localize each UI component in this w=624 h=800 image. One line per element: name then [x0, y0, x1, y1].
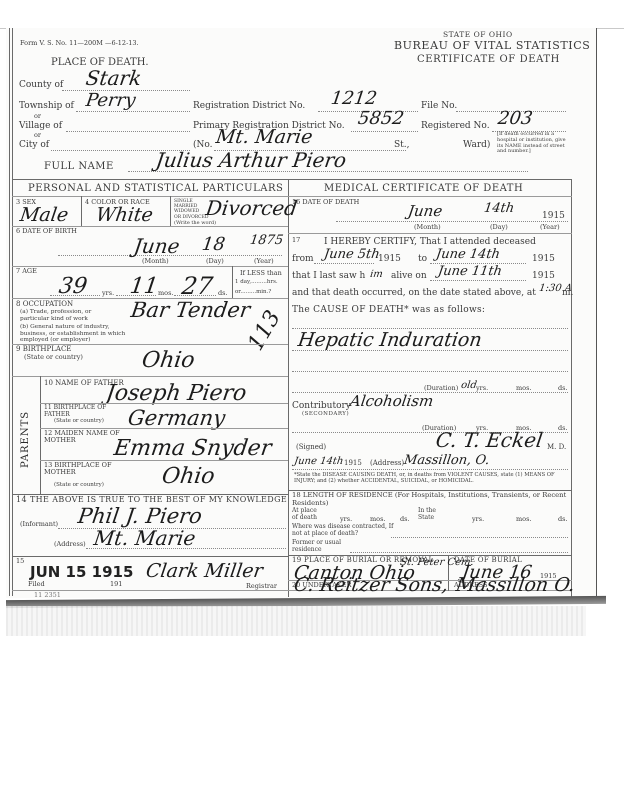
registrar-value: Clark Miller — [145, 562, 264, 581]
informant-heading: 14 THE ABOVE IS TRUE TO THE BEST OF MY K… — [16, 496, 287, 504]
sex-divider — [81, 196, 82, 226]
residence-yrs-2: yrs. — [472, 516, 484, 523]
last-saw-prefix: that I last saw h — [292, 272, 365, 281]
township-label: Township of — [19, 102, 74, 111]
township-line — [76, 111, 190, 112]
less-day-label: 1 day,.........hrs. — [235, 280, 278, 286]
dob-year: 1875 — [249, 234, 284, 247]
filed-top-rule — [12, 556, 288, 557]
village-label: Village of — [19, 122, 62, 131]
sex-value: Male — [19, 206, 70, 225]
informant-address-value: Mt. Marie — [93, 528, 197, 548]
age-days: 27 — [180, 274, 214, 298]
full-name-value: Julius Arthur Piero — [155, 150, 348, 170]
footer-code: 11 2351 — [34, 592, 61, 599]
dob-day-caption: (Day) — [206, 258, 224, 265]
certify-top-rule — [288, 233, 572, 234]
registration-district-label: Registration District No. — [193, 102, 305, 111]
father-birthplace-hint: (State or country) — [54, 419, 104, 425]
primary-registration-value: 5852 — [357, 110, 405, 128]
year-2: 1915 — [532, 255, 555, 264]
filed-number: 15 — [16, 558, 24, 565]
from-label: from — [292, 255, 314, 264]
mother-name-value: Emma Snyder — [112, 438, 272, 460]
street-label: St., — [394, 141, 410, 150]
birthplace-value: Ohio — [140, 350, 196, 372]
mother-birthplace-value: Ohio — [160, 466, 216, 488]
signed-year: 1915 — [344, 460, 362, 467]
filed-year-prefix: 191 — [110, 581, 122, 588]
year-1: 1915 — [378, 255, 401, 264]
age-months: 11 — [128, 276, 159, 298]
undertaker-address-value: Massillon O. — [455, 576, 576, 595]
or-label-2: or — [34, 132, 41, 139]
village-line — [66, 131, 190, 132]
birthplace-hint: (State or country) — [24, 354, 83, 361]
signed-date: June 14th — [293, 457, 344, 467]
parents-divider — [40, 376, 41, 494]
less-than-label: If LESS than — [240, 270, 282, 277]
yrs-label: yrs. — [102, 290, 114, 297]
age-label: 7 AGE — [16, 268, 37, 275]
certify-text: I HEREBY CERTIFY, That I attended deceas… — [324, 238, 536, 247]
from-line — [314, 263, 374, 264]
informant-address-label: (Address) — [54, 541, 86, 548]
father-name-value: Joseph Piero — [104, 383, 247, 405]
left-border — [9, 28, 10, 596]
parents-top-rule — [12, 376, 288, 377]
secondary-label: (SECONDARY) — [302, 412, 349, 418]
less-or-label: or.........min.? — [235, 290, 271, 296]
bureau-title: BUREAU OF VITAL STATISTICS — [394, 40, 590, 51]
occupation-code: 113 — [245, 307, 285, 354]
contributory-value: Alcoholism — [349, 394, 434, 409]
death-year-caption: (Year) — [540, 224, 560, 231]
scan-noise — [6, 606, 586, 636]
less-than-divider — [232, 266, 233, 298]
alive-value: June 11th — [437, 265, 503, 278]
mother-birthplace-label: 13 BIRTHPLACE OF MOTHER — [44, 462, 124, 477]
right-border — [571, 179, 572, 597]
county-label: County of — [19, 81, 63, 90]
main-top-line — [12, 179, 572, 180]
medical-heading: MEDICAL CERTIFICATE OF DEATH — [324, 184, 523, 194]
hospital-note: [If death occurred in a hospital or inst… — [497, 132, 567, 155]
dob-month-caption: (Month) — [142, 258, 169, 265]
state-label: STATE OF OHIO — [443, 31, 513, 39]
duration-yrs-1: yrs. — [476, 385, 488, 392]
where-contracted-label: Where was disease contracted, If not at … — [292, 524, 402, 538]
residence-mos-1: mos. — [370, 516, 385, 523]
left-border-inner — [12, 28, 13, 596]
duration-ds-2: ds. — [558, 425, 568, 432]
death-year: 1915 — [542, 212, 565, 221]
in-state-label: In the State — [418, 508, 448, 522]
death-certificate: Form V. S. No. 11—200M —6-12-13. STATE O… — [6, 28, 597, 598]
death-day: 14th — [483, 202, 515, 215]
cause-line-2 — [292, 350, 568, 351]
year-3: 1915 — [532, 272, 555, 281]
signed-address-line — [292, 469, 568, 470]
township-value: Perry — [85, 92, 137, 110]
full-name-label: FULL NAME — [44, 162, 114, 172]
occupation-a-label: (a) Trade, profession, or particular kin… — [20, 309, 116, 322]
dob-label: 6 DATE OF BIRTH — [16, 228, 77, 235]
death-month-caption: (Month) — [414, 224, 441, 231]
street-value: Mt. Marie — [215, 128, 314, 147]
residence-yrs-1: yrs. — [340, 516, 352, 523]
registered-no-label: Registered No. — [421, 122, 490, 131]
primary-registration-line — [351, 131, 418, 132]
at-place-label: At place of death — [292, 508, 320, 522]
father-birthplace-label: 11 BIRTHPLACE OF FATHER — [44, 405, 124, 419]
cause-heading: The CAUSE OF DEATH* was as follows: — [292, 306, 485, 315]
mos-label: mos. — [158, 290, 173, 297]
ward-label: Ward) — [463, 141, 490, 150]
death-month: June — [407, 204, 443, 219]
personal-heading: PERSONAL AND STATISTICAL PARTICULARS — [28, 184, 283, 194]
father-birthplace-value: Germany — [127, 408, 227, 429]
ds-label: ds. — [218, 290, 228, 297]
last-saw-value: im — [369, 270, 383, 280]
residence-heading: 18 LENGTH OF RESIDENCE (For Hospitals, I… — [292, 492, 568, 508]
cause-value: Hepatic Induration — [297, 331, 483, 350]
death-date-label: 16 DATE OF DEATH — [292, 199, 359, 206]
signed-value: C. T. Eckel — [435, 430, 544, 450]
occurred-text: and that death occurred, on the date sta… — [292, 289, 536, 298]
file-no-label: File No. — [421, 102, 457, 111]
dob-month: June — [133, 236, 181, 256]
age-top-rule — [12, 266, 288, 267]
city-label: City of — [19, 141, 49, 150]
occupation-label: 8 OCCUPATION — [16, 301, 73, 308]
dob-day: 18 — [201, 236, 226, 254]
duration-mos-1: mos. — [516, 385, 531, 392]
center-divider — [288, 179, 289, 597]
mother-birthplace-hint: (State or country) — [54, 483, 104, 489]
md-label: M. D. — [547, 444, 566, 451]
informant-label: (Informant) — [20, 521, 58, 528]
death-day-caption: (Day) — [490, 224, 508, 231]
former-residence-line — [350, 552, 568, 553]
race-value: White — [95, 206, 154, 225]
form-id: Form V. S. No. 11—200M —6-12-13. — [20, 40, 139, 47]
birthplace-label: 9 BIRTHPLACE — [16, 346, 71, 353]
marital-value: Divorced — [205, 198, 299, 218]
duration-ds-1: ds. — [558, 385, 568, 392]
death-date-line — [336, 221, 568, 222]
filed-label: Filed — [28, 581, 45, 588]
to-value: June 14th — [435, 248, 501, 261]
medical-heading-rule — [288, 196, 572, 197]
alive-on-label: alive on — [391, 272, 427, 281]
alive-on-line — [430, 280, 526, 281]
contributory-label: Contributory — [292, 402, 351, 411]
undertaker-value: C. Reitzer Sons, — [293, 576, 450, 595]
from-value: June 5th — [323, 248, 380, 261]
cause-line-3 — [292, 371, 568, 372]
former-residence-label: Former or usual residence — [292, 540, 352, 554]
certify-number: 17 — [292, 237, 300, 244]
informant-value: Phil J. Piero — [77, 506, 204, 527]
parents-label: PARENTS — [20, 411, 31, 468]
occupation-value: Bar Tender — [130, 300, 252, 321]
county-value: Stark — [85, 68, 143, 88]
filed-stamp: JUN 15 1915 — [30, 565, 133, 580]
to-label: to — [418, 255, 427, 264]
registered-no-value: 203 — [497, 110, 534, 128]
dob-year-caption: (Year) — [254, 258, 274, 265]
or-label-1: or — [34, 113, 41, 120]
registration-district-value: 1212 — [330, 90, 378, 108]
registrar-label: Registrar — [246, 583, 277, 590]
duration-label-1: (Duration) — [424, 385, 458, 392]
footnote: *State the DISEASE CAUSING DEATH, or, in… — [294, 473, 568, 485]
where-contracted-line — [391, 537, 568, 538]
signed-label: (Signed) — [296, 444, 326, 451]
residence-ds-2: ds. — [558, 516, 568, 523]
age-years: 39 — [57, 276, 88, 298]
m-label: m. — [562, 289, 573, 298]
residence-ds-1: ds. — [400, 516, 410, 523]
residence-mos-2: mos. — [516, 516, 531, 523]
signed-address-label: (Address) — [370, 460, 404, 467]
certificate-title: CERTIFICATE OF DEATH — [417, 55, 560, 65]
occupation-b-label: (b) General nature of industry, business… — [20, 324, 138, 344]
duration-value: old — [460, 381, 477, 391]
race-divider — [170, 196, 171, 226]
signed-address-value: Massillon, O. — [403, 454, 490, 467]
